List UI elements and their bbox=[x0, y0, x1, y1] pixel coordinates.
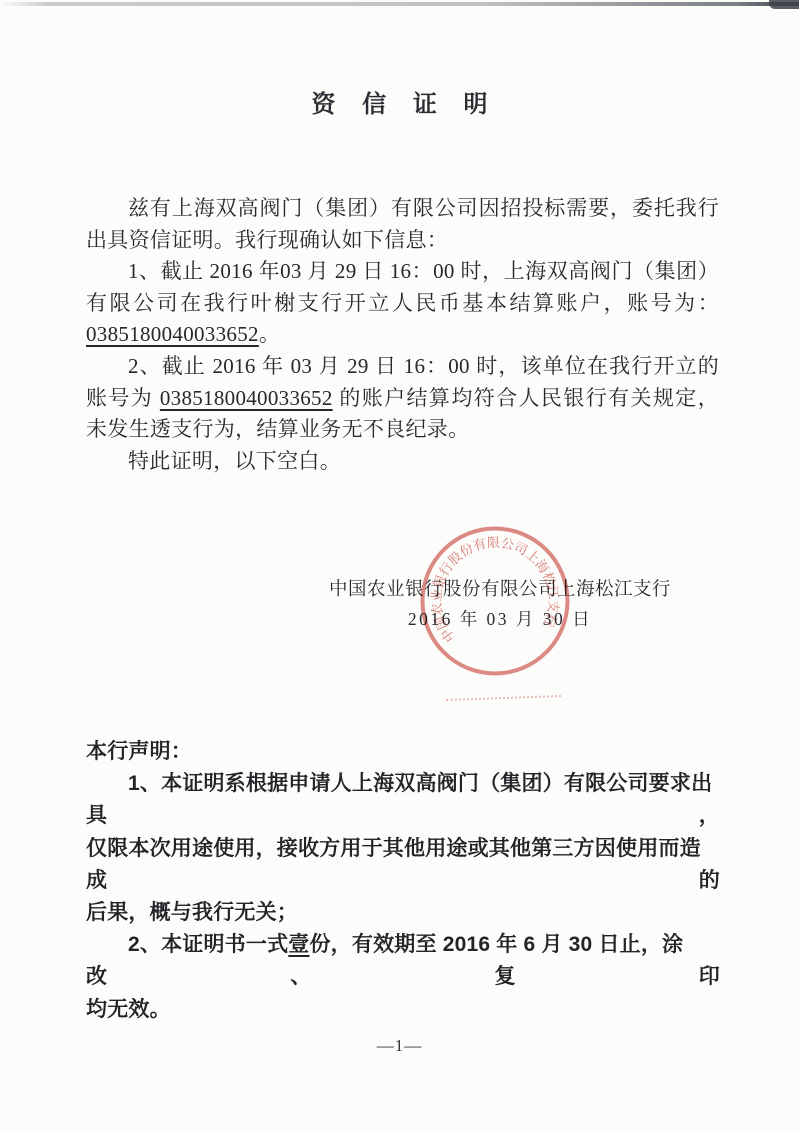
body-line: 出具资信证明。我行现确认如下信息： bbox=[86, 225, 719, 257]
body-line: 有限公司在我行叶榭支行开立人民币基本结算账户，账号为： bbox=[86, 288, 719, 320]
underlined-text: 壹 bbox=[288, 933, 309, 956]
declaration-line: 均无效。 bbox=[86, 994, 720, 1026]
underlined-text: 0385180040033652 bbox=[160, 386, 333, 410]
body-line: 2、截止 2016 年 03 月 29 日 16：00 时，该单位在我行开立的 bbox=[86, 351, 719, 383]
text-segment: 后果，概与我行无关； bbox=[86, 901, 298, 924]
text-segment: 均无效。 bbox=[86, 998, 171, 1021]
text-segment: 2、本证明书一式 bbox=[128, 933, 288, 956]
text-segment: 兹有上海双高阀门（集团）有限公司因招投标需要，委托我行 bbox=[128, 196, 719, 220]
page-number: —1— bbox=[0, 1036, 799, 1056]
svg-text:中国农业银行股份有限公司上海松江支行: 中国农业银行股份有限公司上海松江支行 bbox=[429, 535, 562, 645]
text-segment: 出具资信证明。我行现确认如下信息： bbox=[86, 228, 448, 252]
seal-ring bbox=[423, 529, 568, 674]
seal-text: 中国农业银行股份有限公司上海松江支行 bbox=[429, 535, 562, 645]
declaration-line: 本行声明： bbox=[86, 736, 720, 768]
text-segment: 的账户结算均符合人民银行有关规定， bbox=[333, 386, 719, 410]
scan-corner-artifact bbox=[769, 0, 799, 9]
document-title: 资 信 证 明 bbox=[0, 84, 799, 119]
body-line: 特此证明，以下空白。 bbox=[86, 446, 719, 478]
text-segment: 仅限本次用途使用，接收方用于其他用途或其他第三方因使用而造成的 bbox=[86, 837, 720, 892]
body-line: 1、截止 2016 年03 月 29 日 16：00 时，上海双高阀门（集团） bbox=[86, 256, 719, 288]
text-segment: 有限公司在我行叶榭支行开立人民币基本结算账户，账号为： bbox=[86, 291, 719, 315]
declaration-line: 仅限本次用途使用，接收方用于其他用途或其他第三方因使用而造成的 bbox=[86, 833, 720, 897]
seal-ink-smudge bbox=[446, 695, 561, 701]
bank-declaration: 本行声明：1、本证明系根据申请人上海双高阀门（集团）有限公司要求出具，仅限本次用… bbox=[86, 736, 720, 1026]
scan-edge-artifact bbox=[0, 2, 799, 6]
text-segment: 未发生透支行为，结算业务无不良纪录。 bbox=[86, 417, 469, 441]
body-line: 账号为 0385180040033652 的账户结算均符合人民银行有关规定， bbox=[86, 383, 719, 415]
text-segment: 。 bbox=[259, 322, 280, 346]
text-segment: 2、截止 2016 年 03 月 29 日 16：00 时，该单位在我行开立的 bbox=[128, 354, 719, 378]
text-segment: 账号为 bbox=[86, 386, 160, 410]
declaration-line: 后果，概与我行无关； bbox=[86, 897, 720, 929]
text-segment: 1、截止 2016 年03 月 29 日 16：00 时，上海双高阀门（集团） bbox=[128, 259, 719, 283]
text-segment: 1、本证明系根据申请人上海双高阀门（集团）有限公司要求出具， bbox=[86, 772, 720, 827]
text-segment: 本行声明： bbox=[86, 740, 192, 763]
underlined-text: 0385180040033652 bbox=[86, 322, 259, 346]
body-line: 0385180040033652。 bbox=[86, 319, 719, 351]
declaration-line: 2、本证明书一式壹份，有效期至 2016 年 6 月 30 日止，涂改、复印 bbox=[86, 929, 720, 993]
scanned-certificate-page: 资 信 证 明 兹有上海双高阀门（集团）有限公司因招投标需要，委托我行出具资信证… bbox=[0, 0, 799, 1131]
declaration-line: 1、本证明系根据申请人上海双高阀门（集团）有限公司要求出具， bbox=[86, 768, 720, 832]
certificate-body: 兹有上海双高阀门（集团）有限公司因招投标需要，委托我行出具资信证明。我行现确认如… bbox=[86, 193, 719, 477]
body-line: 未发生透支行为，结算业务无不良纪录。 bbox=[86, 414, 719, 446]
text-segment: 特此证明，以下空白。 bbox=[128, 449, 341, 473]
body-line: 兹有上海双高阀门（集团）有限公司因招投标需要，委托我行 bbox=[86, 193, 719, 225]
bank-seal-stamp: 中国农业银行股份有限公司上海松江支行 bbox=[412, 518, 578, 684]
